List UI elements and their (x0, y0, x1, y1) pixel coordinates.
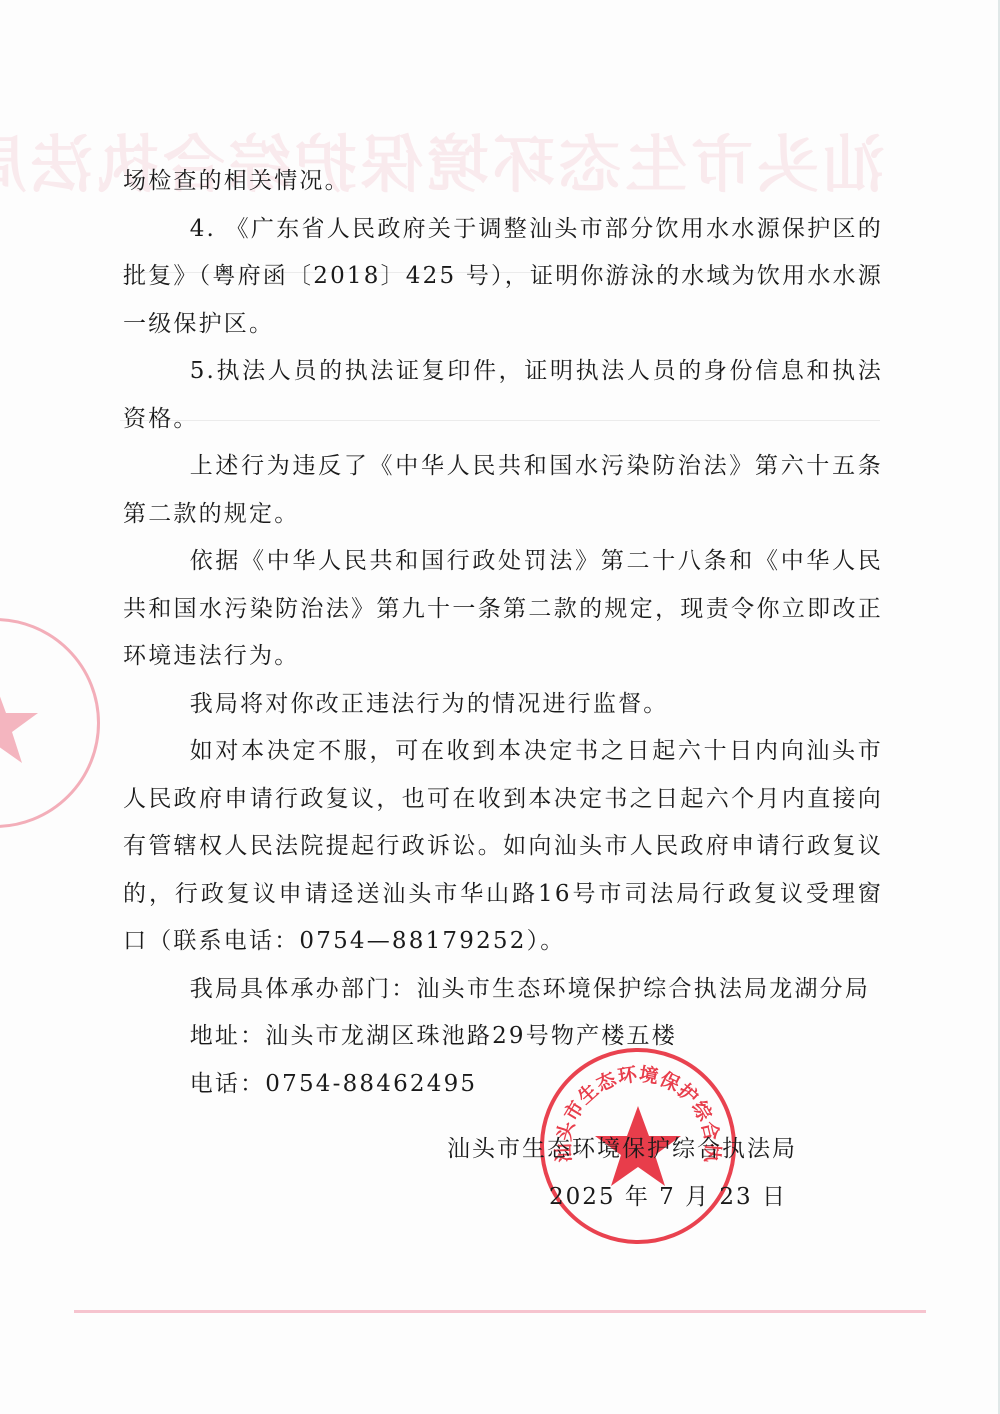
paragraph-supervision: 我局将对你改正违法行为的情况进行监督。 (123, 681, 883, 729)
paragraph-department: 我局具体承办部门：汕头市生态环境保护综合执法局龙湖分局 (123, 966, 883, 1014)
paragraph-phone: 电话：0754-88462495 (123, 1061, 883, 1109)
paragraph-legal-basis: 依据《中华人民共和国行政处罚法》第二十八条和《中华人民共和国水污染防治法》第九十… (123, 538, 883, 681)
paragraph-evidence-5: 5.执法人员的执法证复印件，证明执法人员的身份信息和执法资格。 (123, 348, 883, 443)
paragraph-1: 场检查的相关情况。 (123, 158, 883, 206)
footer-red-rule (74, 1310, 926, 1313)
signature-block: 汕头市生态环境保护综合执法局 2025 年 7 月 23 日 (447, 1125, 797, 1221)
document-body: 场检查的相关情况。 4. 《广东省人民政府关于调整汕头市部分饮用水水源保护区的批… (123, 158, 883, 1108)
issuing-authority: 汕头市生态环境保护综合执法局 (447, 1125, 797, 1173)
paragraph-violation: 上述行为违反了《中华人民共和国水污染防治法》第六十五条第二款的规定。 (123, 443, 883, 538)
paragraph-address: 地址：汕头市龙湖区珠池路29号物产楼五楼 (123, 1013, 883, 1061)
star-icon (0, 621, 97, 825)
document-page: 汕头市生态环境保护综合执法局 场检查的相关情况。 4. 《广东省人民政府关于调整… (0, 0, 1000, 1414)
partial-official-seal (0, 618, 100, 828)
issue-date: 2025 年 7 月 23 日 (447, 1173, 797, 1221)
paragraph-appeal-rights: 如对本决定不服，可在收到本决定书之日起六十日内向汕头市人民政府申请行政复议，也可… (123, 728, 883, 966)
paragraph-evidence-4: 4. 《广东省人民政府关于调整汕头市部分饮用水水源保护区的批复》（粤府函〔201… (123, 206, 883, 349)
